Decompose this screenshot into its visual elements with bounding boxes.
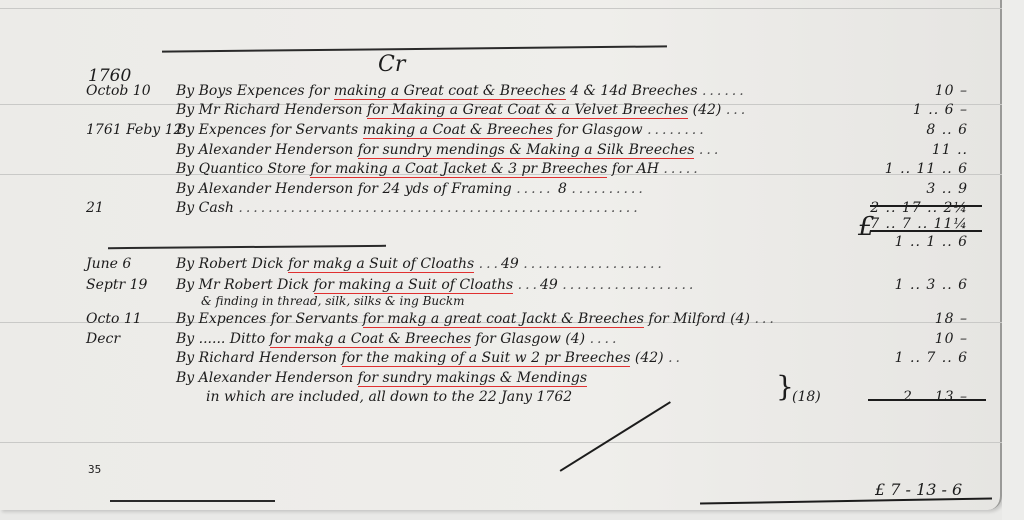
ledger-row: 1761 Feby 12 By Expences for Servants ma…: [86, 122, 986, 144]
credit-heading: Cr: [378, 52, 405, 77]
amount: 18 –: [935, 311, 968, 327]
amount: 3 .. 9: [926, 181, 968, 197]
amount: 1 .. 3 .. 6: [895, 277, 968, 293]
amount: 2 .. 17 .. 2¼: [870, 200, 968, 216]
page-number: 35: [88, 463, 101, 476]
subtotal-line: [870, 205, 982, 207]
total-line: [868, 399, 986, 401]
ruled-line: [0, 8, 1024, 9]
ledger-row: By Richard Henderson for the making of a…: [86, 350, 986, 372]
ledger-row: By Quantico Store for making a Coat Jack…: [86, 161, 986, 183]
amount: 10 –: [935, 83, 968, 99]
grand-total-line: [700, 497, 992, 504]
amount: 1 .. 7 .. 6: [895, 350, 968, 366]
header-rule: [162, 45, 667, 52]
closing-slash: [560, 401, 671, 471]
total-line: [870, 230, 982, 232]
ledger-row: Octo 11 By Expences for Servants for mak…: [86, 311, 986, 333]
amount: 1 .. 11 .. 6: [885, 161, 968, 177]
grand-total: £ 7 - 13 - 6: [875, 480, 962, 499]
amount: 1 .. 6 –: [913, 102, 968, 118]
section2-total-amount: [86, 378, 986, 400]
ledger-row: By Mr Richard Henderson for Making a Gre…: [86, 102, 986, 124]
amount: 8 .. 6: [926, 122, 968, 138]
section2-first-amount: 1 .. 1 .. 6: [86, 234, 986, 256]
ledger-page: Cr 1760 Octob 10 By Boys Expences for ma…: [0, 0, 1002, 510]
page-edge: [1002, 0, 1024, 520]
amount: 10 –: [935, 331, 968, 347]
ruled-line: [0, 442, 1024, 443]
ledger-row: June 6 By Robert Dick for makg a Suit of…: [86, 256, 986, 278]
amount: 11 ..: [932, 142, 968, 158]
footer-rule: [110, 500, 275, 502]
